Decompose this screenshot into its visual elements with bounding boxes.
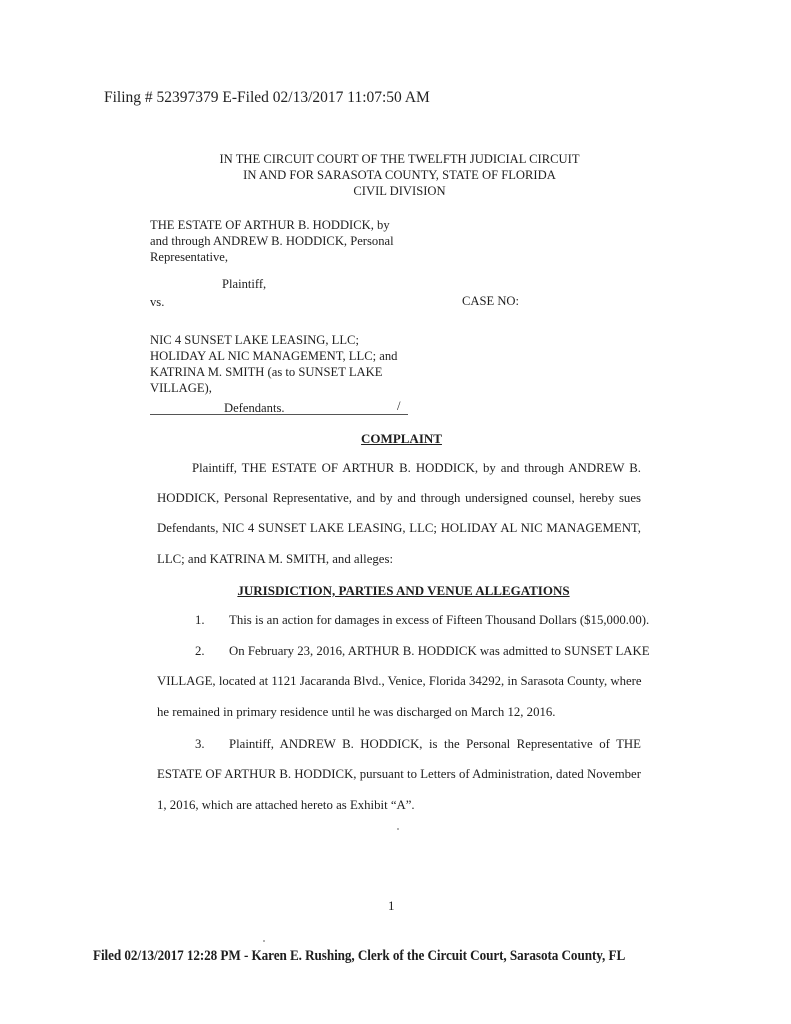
plaintiff-line: and through ANDREW B. HODDICK, Personal xyxy=(150,233,394,249)
paragraph-text: ESTATE OF ARTHUR B. HODDICK, pursuant to… xyxy=(157,767,641,782)
caption-divider-line xyxy=(150,414,408,415)
caption-slash: / xyxy=(397,399,401,414)
paragraph-text: On February 23, 2016, ARTHUR B. HODDICK … xyxy=(229,644,641,659)
intro-line: HODDICK, Personal Representative, and by… xyxy=(157,491,641,506)
court-caption-line: IN AND FOR SARASOTA COUNTY, STATE OF FLO… xyxy=(8,167,791,183)
court-caption-line: CIVIL DIVISION xyxy=(8,183,791,199)
paragraph-text: Plaintiff, ANDREW B. HODDICK, is the Per… xyxy=(229,737,641,752)
scan-speck xyxy=(263,940,265,942)
defendant-name-block: NIC 4 SUNSET LAKE LEASING, LLC; HOLIDAY … xyxy=(150,332,397,396)
defendant-line: VILLAGE), xyxy=(150,380,397,396)
plaintiff-line: Representative, xyxy=(150,249,394,265)
paragraph-text: VILLAGE, located at 1121 Jacaranda Blvd.… xyxy=(157,674,641,689)
case-number-label: CASE NO: xyxy=(462,294,519,309)
defendant-line: NIC 4 SUNSET LAKE LEASING, LLC; xyxy=(150,332,397,348)
plaintiff-name-block: THE ESTATE OF ARTHUR B. HODDICK, by and … xyxy=(150,217,394,265)
court-caption-line: IN THE CIRCUIT COURT OF THE TWELFTH JUDI… xyxy=(8,151,791,167)
defendant-line: KATRINA M. SMITH (as to SUNSET LAKE xyxy=(150,364,397,380)
paragraph-text: 1, 2016, which are attached hereto as Ex… xyxy=(157,798,641,813)
paragraph-number: 2. xyxy=(195,644,205,659)
plaintiff-line: THE ESTATE OF ARTHUR B. HODDICK, by xyxy=(150,217,394,233)
intro-line: LLC; and KATRINA M. SMITH, and alleges: xyxy=(157,552,641,567)
clerk-filing-footer: Filed 02/13/2017 12:28 PM - Karen E. Rus… xyxy=(93,948,625,965)
paragraph-number: 1. xyxy=(195,613,205,628)
section-title: JURISDICTION, PARTIES AND VENUE ALLEGATI… xyxy=(0,583,791,599)
paragraph-text: This is an action for damages in excess … xyxy=(229,613,649,628)
e-filing-stamp: Filing # 52397379 E-Filed 02/13/2017 11:… xyxy=(104,89,430,107)
intro-line: Defendants, NIC 4 SUNSET LAKE LEASING, L… xyxy=(157,521,641,536)
paragraph-number: 3. xyxy=(195,737,205,752)
scan-speck xyxy=(397,828,399,830)
defendant-line: HOLIDAY AL NIC MANAGEMENT, LLC; and xyxy=(150,348,397,364)
paragraph-text: he remained in primary residence until h… xyxy=(157,705,641,720)
court-caption: IN THE CIRCUIT COURT OF THE TWELFTH JUDI… xyxy=(0,151,791,199)
page-number: 1 xyxy=(388,898,395,914)
intro-line: Plaintiff, THE ESTATE OF ARTHUR B. HODDI… xyxy=(192,461,641,476)
plaintiff-label: Plaintiff, xyxy=(222,277,266,292)
complaint-title: COMPLAINT xyxy=(0,431,791,447)
versus-label: vs. xyxy=(150,295,164,310)
